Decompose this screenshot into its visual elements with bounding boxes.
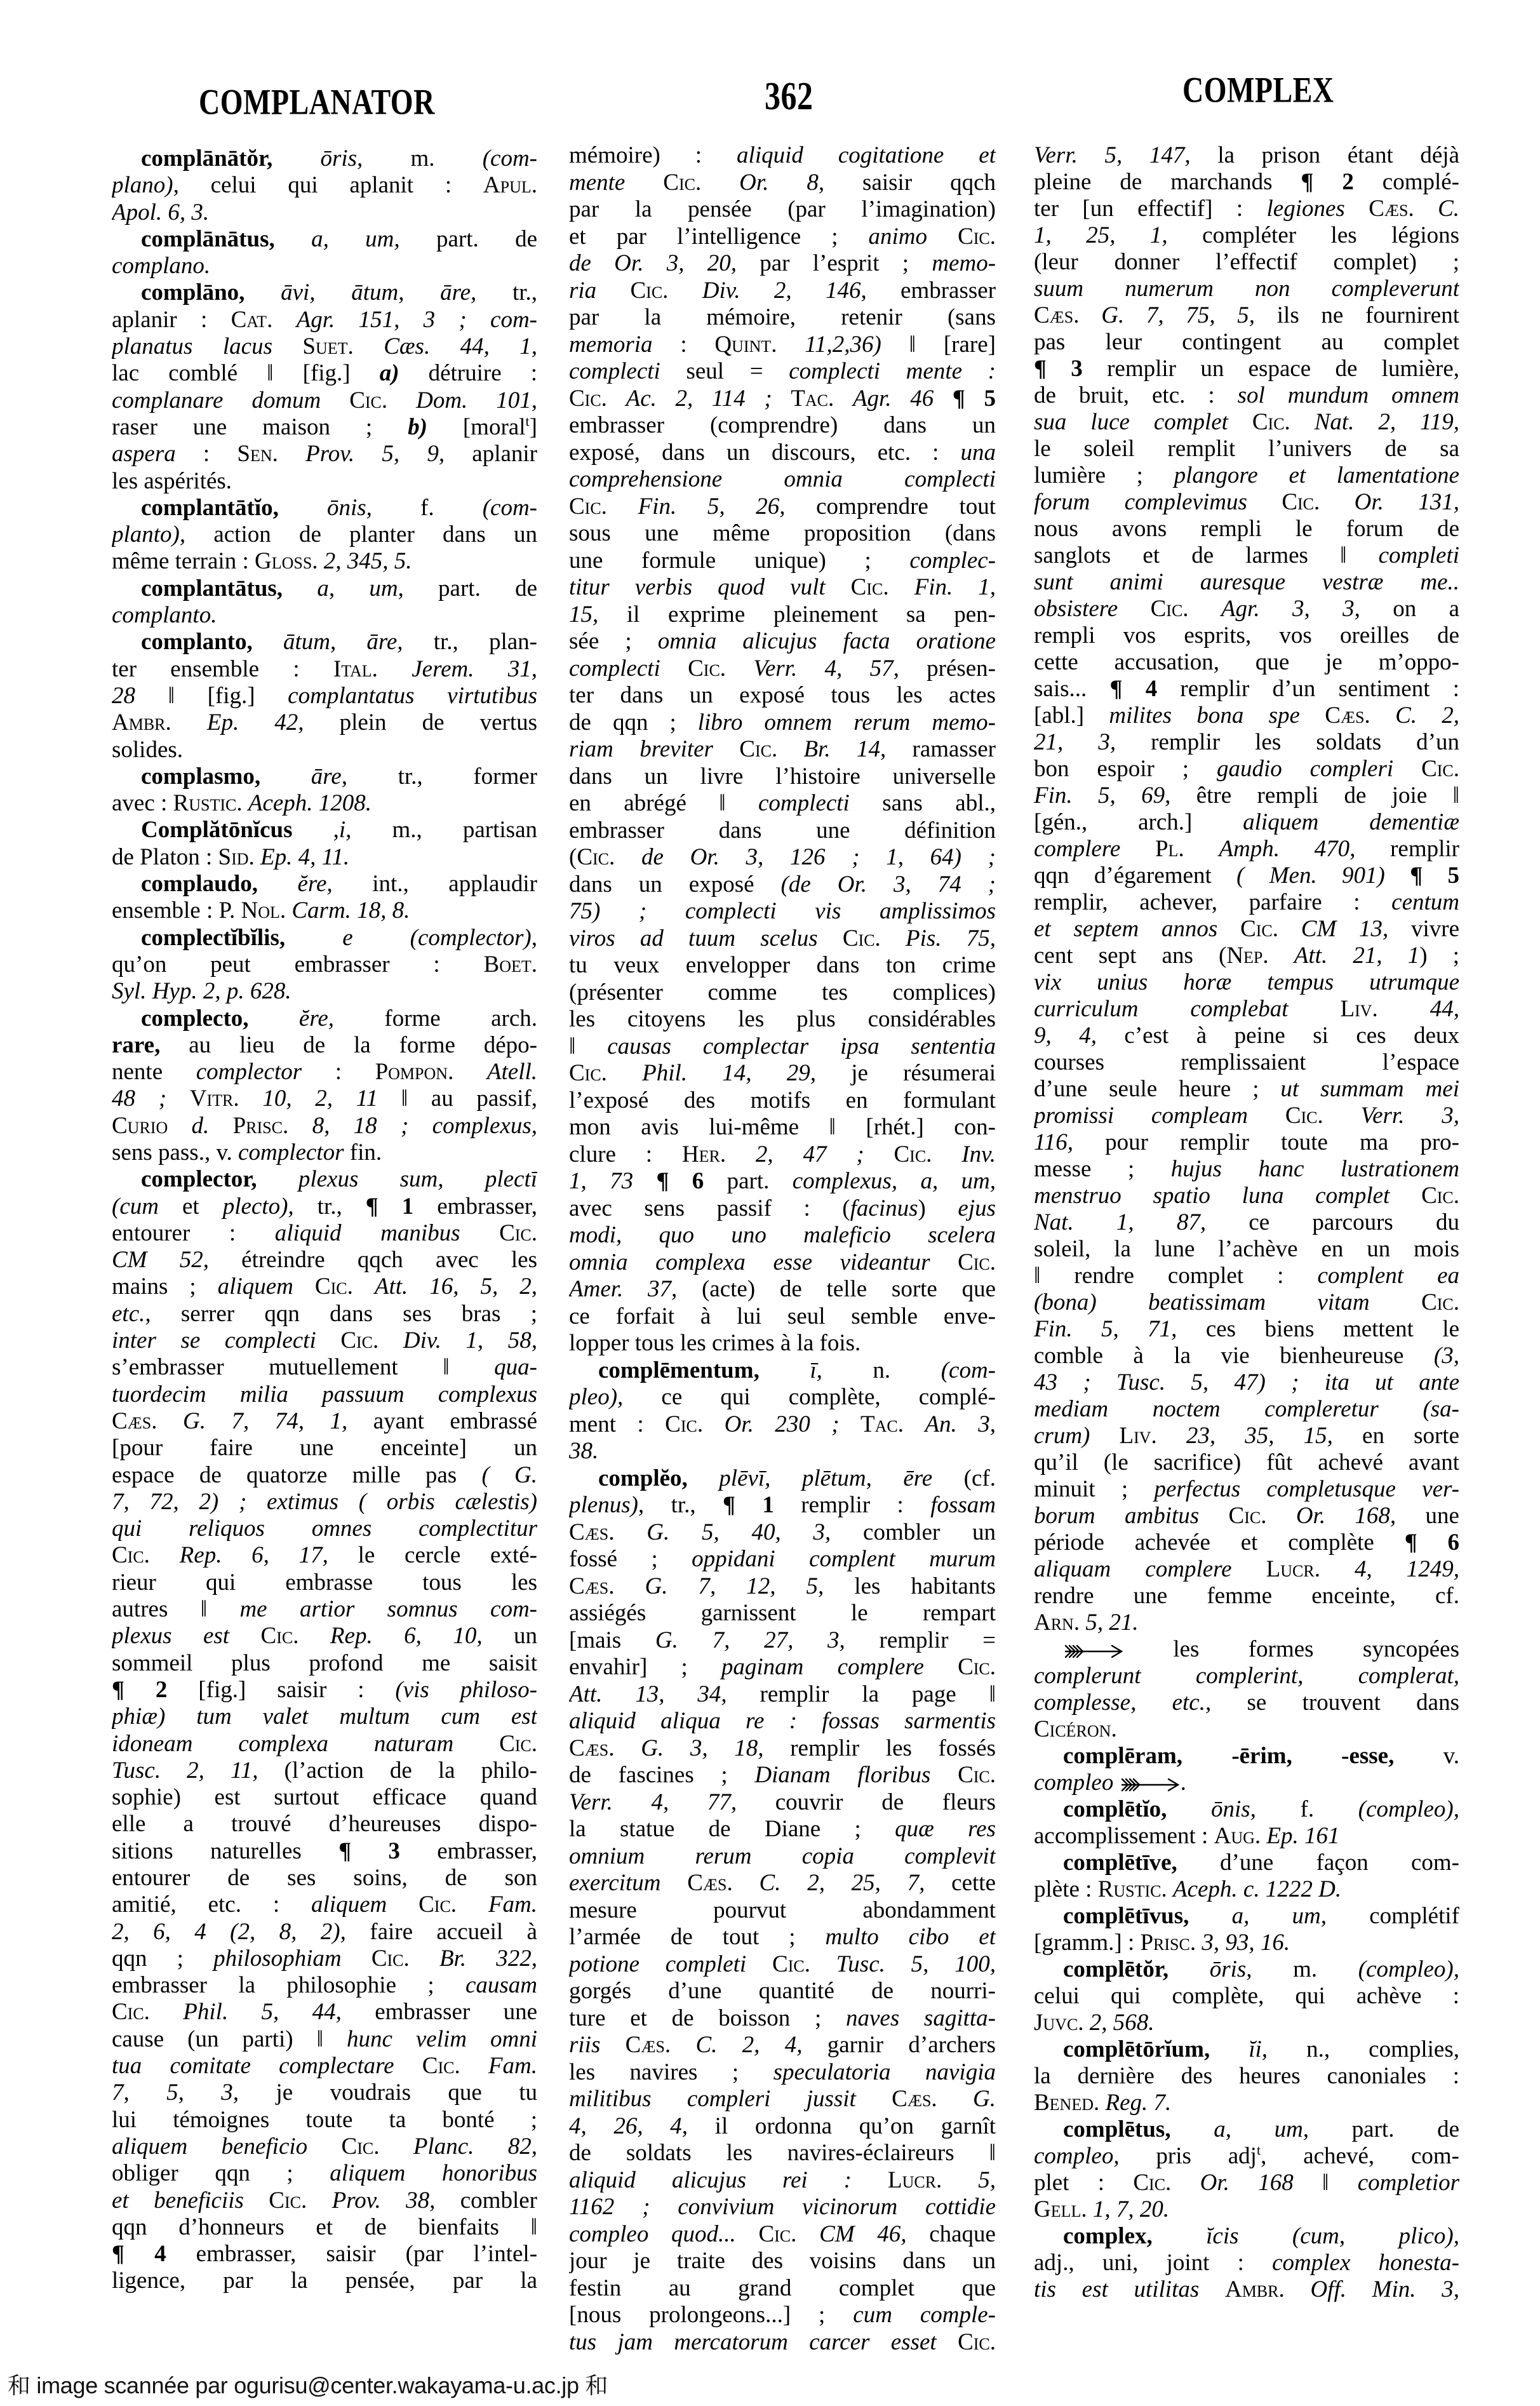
italic-text: complector	[196, 1059, 302, 1085]
text-line: 2, 6, 4 (2, 8, 2), faire accueil à	[112, 1919, 537, 1946]
italic-text: Carm. 18, 8.	[291, 897, 410, 924]
italic-text: 2, 568.	[1090, 2010, 1155, 2036]
text-line: (cum et plecto), tr., ¶ 1 embrasser,	[112, 1193, 537, 1220]
author-abbreviation: Quint.	[714, 332, 777, 358]
italic-text: oppidani complent murum	[692, 1546, 996, 1572]
italic-text: 3, 93, 16.	[1202, 1930, 1290, 1956]
italic-text: C. 2, 25, 7,	[760, 1870, 925, 1896]
text-column-1: complānātŏr, ōris, m. (com-plano), celui…	[112, 145, 537, 2295]
text-line: dans un livre l’histoire universelle	[569, 763, 996, 791]
italic-text: aliquem	[218, 1274, 293, 1300]
text-line: promissi compleam Cic. Verr. 3,	[1034, 1103, 1459, 1129]
text-line: adj., uni, joint : complex honesta-	[1034, 2250, 1459, 2276]
italic-text: 11,2,36)	[805, 332, 881, 358]
italic-text: complesse, etc.,	[1034, 1690, 1211, 1716]
text-line: le soleil remplit l’univers de sa	[1034, 436, 1459, 462]
text-line: [gramm.] : Prisc. 3, 93, 16.	[1034, 1930, 1459, 1956]
italic-text: ōnis,	[1211, 1796, 1256, 1822]
text-line: inter se complecti Cic. Div. 1, 58,	[112, 1327, 537, 1354]
italic-text: complexus, a, um,	[793, 1168, 996, 1194]
entry-first-line: complēram, -ērim, -esse, v.	[1034, 1743, 1459, 1770]
italic-text: hunc velim omni	[347, 2026, 537, 2052]
author-abbreviation: Cic.	[758, 2221, 796, 2247]
author-abbreviation: Cic.	[1252, 409, 1290, 435]
italic-text: G. 7, 75, 5,	[1101, 302, 1255, 328]
text-line: Curio d. Prisc. 8, 18 ; complexus,	[112, 1113, 537, 1139]
text-line: la dernière des heures canoniales :	[1034, 2063, 1459, 2090]
text-line: pleo), ce qui complète, complé-	[569, 1384, 996, 1411]
entry-first-line: complectĭbĭlis, e (complector),	[112, 925, 537, 951]
italic-text: potione completi	[569, 1951, 746, 1977]
italic-text: C. 2, 4,	[695, 2032, 802, 2058]
italic-text: compleo	[1034, 1770, 1113, 1796]
text-line: ce forfait à lui seul semble enve-	[569, 1303, 996, 1331]
text-line: tua comitate complectare Cic. Fam.	[112, 2053, 537, 2080]
author-abbreviation: Lucr.	[888, 2167, 942, 2193]
italic-text: paginam complere	[721, 1654, 924, 1680]
entry-first-line: complector, plexus sum, plectī	[112, 1166, 537, 1193]
italic-text: complecti mente :	[789, 358, 996, 384]
superscript: t	[1257, 2143, 1261, 2158]
headword: complaudo,	[141, 871, 258, 897]
text-line: qqn ; philosophiam Cic. Br. 322,	[112, 1946, 537, 1972]
italic-text: a, um,	[311, 226, 400, 252]
text-line: cause (un parti) ‖ hunc velim omni	[112, 2026, 537, 2053]
author-abbreviation: Cæs.	[1325, 702, 1370, 729]
italic-text: Verr. 4, 57,	[753, 655, 899, 682]
text-line: Cic. Phil. 5, 44, embrasser une	[112, 1999, 537, 2026]
italic-text: Br. 14,	[804, 736, 887, 762]
italic-text: ĭi,	[1249, 2036, 1268, 2062]
sense-marker: ¶ 3	[1034, 356, 1083, 382]
text-line: l’armée de tout ; multo cibo et	[569, 1924, 996, 1951]
text-line: exposé, dans un discours, etc. : una	[569, 440, 996, 467]
author-abbreviation: Cic.	[739, 736, 777, 762]
italic-text: fossam	[930, 1492, 996, 1518]
italic-text: crum)	[1034, 1423, 1090, 1449]
italic-text: 2, 47 ;	[756, 1141, 864, 1167]
italic-text: aliquam complere	[1034, 1556, 1232, 1582]
italic-text: 48 ;	[112, 1085, 166, 1112]
italic-text: complecti	[569, 358, 660, 384]
text-line: une formule unique) ; complec-	[569, 548, 996, 575]
text-line: 15, il exprime pleinement sa pen-	[569, 601, 996, 629]
italic-text: et septem annos	[1034, 916, 1217, 942]
text-line: tis est utilitas Ambr. Off. Min. 3,	[1034, 2276, 1459, 2303]
text-line: comprehensione omnia complecti	[569, 466, 996, 494]
subsense-letter: a)	[380, 360, 399, 386]
text-line: qqn d’honneurs et de bienfaits ‖	[112, 2214, 537, 2241]
text-line: complecti Cic. Verr. 4, 57, présen-	[569, 655, 996, 683]
italic-text: ( G.	[481, 1462, 537, 1488]
text-line: avec sens passif : (facinus) ejus	[569, 1195, 996, 1223]
italic-text: Att. 13, 34,	[569, 1681, 727, 1707]
text-line: remplir, achever, parfaire : centum	[1034, 889, 1459, 916]
text-line: 116, pour remplir toute ma pro-	[1034, 1129, 1459, 1156]
italic-text: ĭcis (cum, plico),	[1206, 2223, 1459, 2249]
italic-text: Or. 168,	[1296, 1503, 1396, 1529]
text-line: aspera : Sen. Prov. 5, 9, aplanir	[112, 441, 537, 467]
italic-text: complerunt complerint, complerat,	[1034, 1663, 1459, 1689]
running-head-first-word: COMPLANATOR	[199, 84, 435, 121]
entry-first-line: complex, ĭcis (cum, plico),	[1034, 2223, 1459, 2250]
author-abbreviation: Apul.	[483, 172, 537, 198]
italic-text: (com-	[941, 1357, 996, 1383]
author-abbreviation: Cic.	[958, 224, 996, 250]
text-line: amitié, etc. : aliquem Cic. Fam.	[112, 1892, 537, 1918]
italic-text: 1, 25, 1,	[1034, 222, 1168, 248]
italic-text: aliquid aliqua re : fossas sarmentis	[569, 1708, 996, 1734]
italic-text: modi, quo uno maleficio scelera	[569, 1222, 996, 1248]
author-abbreviation: Cic.	[1285, 1103, 1323, 1129]
text-line: Verr. 5, 147, la prison étant déjà	[1034, 142, 1459, 169]
author-abbreviation: Cic.	[1421, 1289, 1459, 1315]
italic-text: CM 46,	[819, 2221, 906, 2247]
text-line: ‖ rendre complet : complent ea	[1034, 1263, 1459, 1289]
italic-text: Agr. 151, 3 ; com-	[297, 307, 537, 333]
entry-first-line: Complătōnĭcus ,i, m., partisan	[112, 817, 537, 843]
italic-text: ī,	[810, 1357, 822, 1383]
text-line: militibus compleri jussit Cæs. G.	[569, 2086, 996, 2113]
italic-text: 21, 3,	[1034, 729, 1116, 755]
headword: complētōrĭum,	[1063, 2036, 1210, 2062]
italic-text: philosophiam	[213, 1946, 341, 1972]
italic-text: Ep. 42,	[207, 709, 304, 736]
text-line: espace de quatorze mille pas ( G.	[112, 1462, 537, 1489]
text-line: par la pensée (par l’imagination)	[569, 196, 996, 224]
italic-text: facinus	[850, 1195, 918, 1221]
italic-text: viros ad tuum scelus	[569, 925, 818, 951]
italic-text: omnia complexa esse videantur	[569, 1249, 930, 1275]
italic-text: plēvī, plētum, ēre	[719, 1465, 932, 1491]
text-line: complecti seul = complecti mente :	[569, 358, 996, 386]
headword: complēmentum,	[598, 1357, 760, 1383]
text-line: les citoyens les plus considérables	[569, 1006, 996, 1033]
text-line: courses remplissaient l’espace	[1034, 1049, 1459, 1076]
entry-first-line: complanto, ātum, āre, tr., plan-	[112, 629, 537, 655]
entry-first-line: complāno, āvi, ātum, āre, tr.,	[112, 279, 537, 306]
text-line: embrasser (comprendre) dans un	[569, 412, 996, 440]
text-line: de Or. 3, 20, par l’esprit ; memo-	[569, 250, 996, 278]
text-line: entourer de ses soins, de son	[112, 1865, 537, 1892]
italic-text: riam breviter	[569, 736, 713, 762]
italic-text: complex honesta-	[1272, 2250, 1459, 2276]
italic-text: aliquid alicujus rei :	[569, 2167, 852, 2193]
text-line: mon avis lui-même ‖ [rhét.] con-	[569, 1114, 996, 1141]
author-abbreviation: Cic.	[772, 1951, 810, 1977]
page-number: 362	[765, 77, 814, 114]
text-line: qu’on peut embrasser : Boet.	[112, 951, 537, 978]
text-line: Syl. Hyp. 2, p. 628.	[112, 978, 537, 1005]
text-line: lui témoignes toute ta bonté ;	[112, 2107, 537, 2134]
italic-text: complent ea	[1317, 1263, 1459, 1289]
author-abbreviation: P. Nol.	[219, 897, 286, 924]
text-line: Cæs. G. 7, 12, 5, les habitants	[569, 1573, 996, 1601]
headword: complētīvus,	[1063, 1903, 1189, 1929]
italic-text: tua comitate complectare	[112, 2053, 394, 2079]
text-line: la statue de Diane ; quæ res	[569, 1816, 996, 1843]
text-line: Verr. 4, 77, couvrir de fleurs	[569, 1789, 996, 1817]
italic-text: 38.	[569, 1438, 598, 1464]
text-line: sous une même proposition (dans	[569, 520, 996, 548]
text-line: messe ; hujus hanc lustrationem	[1034, 1156, 1459, 1183]
italic-text: pleo),	[569, 1384, 623, 1410]
italic-text: Tusc. 2, 11,	[112, 1757, 258, 1784]
text-line: borum ambitus Cic. Or. 168, une	[1034, 1503, 1459, 1529]
italic-text: et beneficiis	[112, 2188, 244, 2214]
italic-text: (compleo),	[1358, 1956, 1459, 1982]
text-line: complanare domum Cic. Dom. 101,	[112, 387, 537, 414]
text-line: par la mémoire, retenir (sans	[569, 304, 996, 332]
text-line: complerunt complerint, complerat,	[1034, 1663, 1459, 1690]
entry-first-line: les formes syncopées	[1034, 1636, 1459, 1663]
italic-text: G.	[973, 2086, 996, 2112]
author-abbreviation: Cæs.	[1369, 196, 1414, 222]
text-line: titur verbis quod vult Cic. Fin. 1,	[569, 574, 996, 601]
italic-text: ōnis,	[327, 495, 372, 521]
italic-text: Cæs. 44, 1,	[384, 333, 537, 360]
text-line: vix unius horæ tempus utrumque	[1034, 969, 1459, 996]
text-line: ligence, par la pensée, par la	[112, 2268, 537, 2294]
text-line: sua luce complet Cic. Nat. 2, 119,	[1034, 409, 1459, 436]
italic-text: curriculum complebat	[1034, 996, 1289, 1022]
sense-marker: ¶ 1	[366, 1193, 414, 1220]
italic-text: de Or. 3, 126 ; 1, 64) ;	[641, 844, 996, 870]
author-abbreviation: Rustic.	[173, 790, 243, 816]
sense-marker: ¶ 5	[1410, 863, 1459, 889]
text-line: tus jam mercatorum carcer esset Cic.	[569, 2329, 996, 2356]
text-line: (leur donner l’effectif complet) ;	[1034, 249, 1459, 276]
italic-text: Verr. 5, 147,	[1034, 142, 1191, 168]
italic-text: Or. 168	[1200, 2170, 1294, 2196]
italic-text: ria	[569, 278, 596, 304]
italic-text: 44,	[1430, 996, 1459, 1022]
text-line: de soldats les navires-éclaireurs ‖	[569, 2140, 996, 2167]
italic-text: forum complevimus	[1034, 489, 1247, 515]
italic-text: 10, 2, 11	[262, 1085, 378, 1112]
italic-text: 1, 73	[569, 1168, 633, 1194]
italic-text: complecti	[569, 655, 660, 682]
italic-text: complanto.	[112, 602, 217, 628]
text-line: Cæs. G. 3, 18, remplir les fossés	[569, 1735, 996, 1763]
feathered-arrow-icon	[1120, 1776, 1181, 1794]
italic-text: G. 7, 74, 1,	[183, 1408, 347, 1434]
author-abbreviation: Cat.	[231, 307, 273, 333]
italic-text: completi	[1379, 542, 1459, 568]
text-line: comble à la vie bienheureuse (3,	[1034, 1343, 1459, 1369]
entry-first-line: complasmo, āre, tr., former	[112, 763, 537, 790]
headword: complāno,	[141, 279, 244, 306]
italic-text: Fin. 5, 69,	[1034, 783, 1170, 809]
text-line: planatus lacus Suet. Cæs. 44, 1,	[112, 333, 537, 360]
italic-text: 5,	[978, 2167, 996, 2193]
author-abbreviation: Cic.	[630, 278, 668, 304]
text-line: dans un exposé (de Or. 3, 74 ;	[569, 871, 996, 899]
author-abbreviation: Sen.	[237, 441, 278, 467]
headword: complēram, -ērim, -esse,	[1063, 1743, 1394, 1769]
italic-text: complanare domum	[112, 387, 321, 413]
text-line: rieur qui embrasse tous les	[112, 1569, 537, 1596]
italic-text: ōris,	[1210, 1956, 1252, 1982]
text-line: plet : Cic. Or. 168 ‖ completior	[1034, 2170, 1459, 2196]
text-line: sanglots et de larmes ‖ completi	[1034, 542, 1459, 569]
text-line: tu veux envelopper dans ton crime	[569, 952, 996, 979]
italic-text: quæ res	[895, 1816, 996, 1842]
author-abbreviation: Cic.	[340, 1327, 378, 1354]
italic-text: Ep. 4, 11.	[260, 844, 349, 870]
italic-text: complector	[238, 1139, 344, 1166]
text-line: clure : Her. 2, 47 ; Cic. Inv.	[569, 1141, 996, 1169]
text-line: accomplissement : Aug. Ep. 161	[1034, 1823, 1459, 1850]
text-line: [abl.] milites bona spe Cæs. C. 2,	[1034, 702, 1459, 729]
author-abbreviation: Cic.	[1421, 1183, 1459, 1209]
text-line: tuordecim milia passuum complexus	[112, 1381, 537, 1408]
italic-text: Dianam floribus	[754, 1762, 930, 1788]
text-line: envahir] ; paginam complere Cic.	[569, 1654, 996, 1681]
italic-text: plano),	[112, 172, 179, 198]
author-abbreviation: Cic.	[569, 1060, 607, 1086]
text-line: 38.	[569, 1438, 996, 1465]
author-abbreviation: Ambr.	[112, 709, 171, 736]
italic-text: Prov. 38,	[332, 2188, 436, 2214]
italic-text: titur verbis quod vult	[569, 574, 826, 600]
italic-text: cum comple-	[853, 2302, 996, 2328]
italic-text: e (complector),	[342, 925, 537, 951]
text-line: de Platon : Sid. Ep. 4, 11.	[112, 844, 537, 871]
superscript: t	[526, 414, 530, 429]
italic-text: Verr. 4, 77,	[569, 1789, 737, 1815]
author-abbreviation: Cæs.	[112, 1408, 157, 1434]
author-abbreviation: Tac.	[860, 1411, 904, 1437]
author-abbreviation: Vitr.	[190, 1085, 239, 1112]
text-line: cent sept ans (Nep. Att. 21, 1) ;	[1034, 943, 1459, 969]
author-abbreviation: Her.	[682, 1141, 726, 1167]
text-line: jour je traite des voisins dans un	[569, 2248, 996, 2275]
text-line: complano.	[112, 253, 537, 279]
author-abbreviation: Liv.	[1340, 996, 1377, 1022]
italic-text: complecti	[758, 790, 850, 816]
italic-text: plexus sum, plectī	[298, 1166, 537, 1192]
text-line: ter [un effectif] : legiones Cæs. C.	[1034, 196, 1459, 222]
italic-text: complere	[1034, 836, 1120, 862]
italic-text: ĕre,	[299, 1005, 334, 1032]
italic-text: perfectus completusque ver-	[1155, 1476, 1460, 1502]
author-abbreviation: Cic.	[1133, 2170, 1171, 2196]
italic-text: hujus hanc lustrationem	[1171, 1156, 1459, 1182]
italic-text: tis est utilitas	[1034, 2276, 1199, 2302]
author-abbreviation: Cæs.	[1034, 302, 1080, 328]
text-line: potione completi Cic. Tusc. 5, 100,	[569, 1951, 996, 1979]
text-line: Fin. 5, 69, être rempli de joie ‖	[1034, 783, 1459, 809]
text-line: etc., serrer qqn dans ses bras ;	[112, 1301, 537, 1327]
italic-text: 2, 6, 4 (2, 8, 2),	[112, 1919, 346, 1945]
text-line: minuit ; perfectus completusque ver-	[1034, 1476, 1459, 1503]
italic-text: Phil. 14, 29,	[642, 1060, 816, 1086]
italic-text: aliquid cogitatione et	[737, 142, 996, 168]
text-line: ‖ causas complectar ipsa sententia	[569, 1033, 996, 1061]
italic-text: omnium rerum copia complevit	[569, 1843, 996, 1869]
italic-text: Tusc. 5, 100,	[836, 1951, 996, 1977]
text-line: 9, 4, c’est à peine si ces deux	[1034, 1023, 1459, 1049]
text-line: Tusc. 2, 11, (l’action de la philo-	[112, 1757, 537, 1784]
text-line: Att. 13, 34, remplir la page ‖	[569, 1681, 996, 1709]
author-abbreviation: Cic.	[894, 1141, 932, 1167]
text-line: en abrégé ‖ complecti sans abl.,	[569, 790, 996, 817]
text-line: 1, 73 ¶ 6 part. complexus, a, um,	[569, 1168, 996, 1195]
italic-text: i,	[339, 817, 352, 843]
entry-first-line: complĕo, plēvī, plētum, ēre (cf.	[569, 1465, 996, 1493]
italic-text: G. 3, 18,	[641, 1735, 763, 1761]
author-abbreviation: Sid.	[218, 844, 255, 870]
italic-text: ĕre,	[298, 871, 333, 897]
italic-text: G. 7, 12, 5,	[645, 1573, 824, 1599]
text-line: [nous prolongeons...] ; cum comple-	[569, 2302, 996, 2329]
italic-text: a, um,	[1232, 1903, 1327, 1929]
text-line: sitions naturelles ¶ 3 embrasser,	[112, 1838, 537, 1865]
italic-text: ōris,	[320, 145, 363, 171]
entry-first-line: complētīve, d’une façon com-	[1034, 1850, 1459, 1876]
sense-marker: ¶ 3	[338, 1838, 400, 1864]
text-line: d’une seule heure ; ut summam mei	[1034, 1076, 1459, 1103]
entry-first-line: complētŏr, ōris, m. (compleo),	[1034, 1956, 1459, 1983]
italic-text: Dom. 101,	[416, 387, 537, 413]
author-abbreviation: Cic.	[261, 1623, 299, 1649]
text-line: et septem annos Cic. CM 13, vivre	[1034, 916, 1459, 943]
italic-text: 7, 5, 3,	[112, 2080, 239, 2106]
italic-text: sua luce complet	[1034, 409, 1228, 435]
author-abbreviation: Prisc.	[233, 1113, 289, 1139]
italic-text: Atell.	[487, 1059, 537, 1085]
text-line: Nat. 1, 87, ce parcours du	[1034, 1209, 1459, 1236]
text-line: assiégés garnissent le rempart	[569, 1600, 996, 1627]
italic-text: 23, 35, 15,	[1186, 1423, 1333, 1449]
italic-text: Or. 131,	[1355, 489, 1459, 515]
headword: complanto,	[141, 629, 253, 655]
italic-text: causam	[465, 1972, 537, 1998]
text-line: embrasser dans une définition	[569, 817, 996, 845]
text-line: CM 52, étreindre qqch avec les	[112, 1247, 537, 1274]
author-abbreviation: Cic.	[372, 1946, 410, 1972]
italic-text: Fin. 5, 26,	[638, 494, 786, 520]
text-line: sunt animi auresque vestræ me..	[1034, 569, 1459, 596]
italic-text: (compleo),	[1358, 1796, 1459, 1822]
italic-text: An. 3,	[925, 1411, 996, 1437]
italic-text: Fin. 5, 71,	[1034, 1316, 1177, 1342]
text-line: gorgés d’une quantité de nourri-	[569, 1978, 996, 2005]
text-line: mains ; aliquem Cic. Att. 16, 5, 2,	[112, 1274, 537, 1300]
author-abbreviation: Cic.	[112, 1999, 150, 2025]
author-abbreviation: Cic.	[688, 655, 726, 682]
text-line: obliger qqn ; aliquem honoribus	[112, 2160, 537, 2187]
italic-text: Div. 2, 146,	[702, 278, 867, 304]
italic-text: Inv.	[961, 1141, 996, 1167]
italic-text: Att. 16, 5, 2,	[375, 1274, 537, 1300]
text-line: 4, 26, 4, il ordonna qu’on garnît	[569, 2113, 996, 2141]
text-line: Cic. Rep. 6, 17, le cercle exté-	[112, 1542, 537, 1569]
italic-text: vix unius horæ tempus utrumque	[1034, 969, 1459, 995]
italic-text: memo-	[932, 250, 996, 276]
author-abbreviation: Cic.	[569, 494, 607, 520]
italic-text: causas complectar ipsa sententia	[607, 1033, 996, 1059]
italic-text: aliquem beneficio	[112, 2134, 307, 2160]
text-line: 1162 ; convivium vicinorum cottidie	[569, 2194, 996, 2221]
italic-text: exercitum	[569, 1870, 661, 1896]
italic-text: Jerem. 31,	[412, 656, 537, 682]
italic-text: Nat. 2, 119,	[1315, 409, 1459, 435]
italic-text: (vis philoso-	[395, 1677, 537, 1703]
text-line: pleine de marchands ¶ 2 complé-	[1034, 169, 1459, 196]
text-line: Ambr. Ep. 42, plein de vertus	[112, 709, 537, 736]
